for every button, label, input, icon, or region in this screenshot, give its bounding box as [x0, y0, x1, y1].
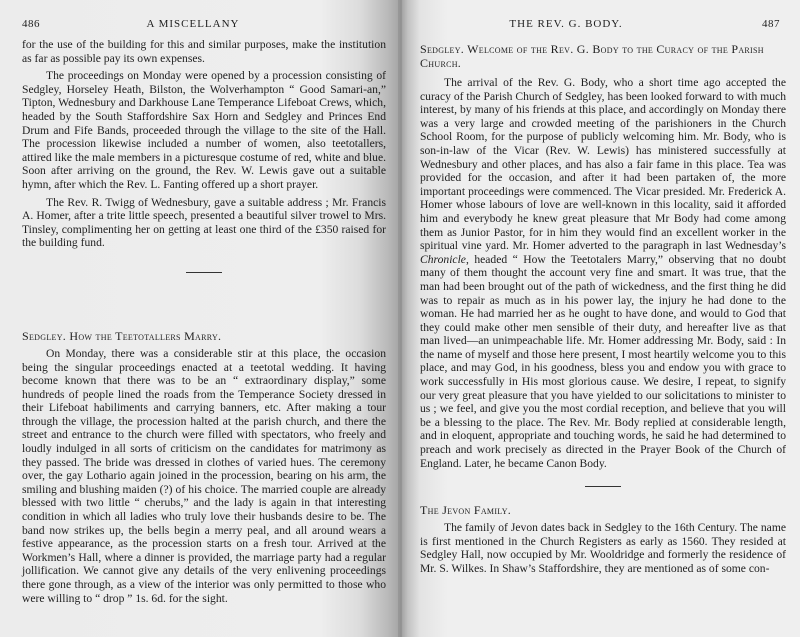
section-heading-welcome: Sedgley. Welcome of the Rev. G. Body to …	[420, 42, 786, 70]
left-running-title: A MISCELLANY	[40, 18, 386, 30]
welcome-text-part-1: The arrival of the Rev. G. Body, who a s…	[420, 76, 786, 252]
section-heading-jevon: The Jevon Family.	[420, 503, 786, 517]
jevon-paragraph: The family of Jevon dates back in Sedgle…	[420, 521, 786, 575]
right-running-head: THE REV. G. BODY. 487	[420, 18, 786, 34]
left-running-head: 486 A MISCELLANY	[22, 18, 386, 34]
address-paragraph: The Rev. R. Twigg of Wednesbury, gave a …	[22, 196, 386, 250]
section-divider	[585, 486, 621, 487]
welcome-text-part-2: , headed “ How the Teetotalers Marry,” o…	[420, 253, 786, 470]
continuation-paragraph: for the use of the building for this and…	[22, 38, 386, 65]
right-page-number: 487	[762, 18, 780, 30]
procession-paragraph: The proceedings on Monday were opened by…	[22, 69, 386, 191]
chronicle-title: Chronicle	[420, 253, 466, 266]
left-page: 486 A MISCELLANY for the use of the buil…	[0, 0, 400, 637]
left-page-number: 486	[22, 18, 40, 30]
book-spread: 486 A MISCELLANY for the use of the buil…	[0, 0, 800, 637]
right-running-title: THE REV. G. BODY.	[430, 18, 762, 30]
welcome-paragraph: The arrival of the Rev. G. Body, who a s…	[420, 76, 786, 470]
section-heading-teetotallers: Sedgley. How the Teetotallers Marry.	[22, 329, 386, 343]
right-page: THE REV. G. BODY. 487 Sedgley. Welcome o…	[400, 0, 800, 637]
teetotal-wedding-paragraph: On Monday, there was a considerable stir…	[22, 347, 386, 605]
book-gutter	[398, 0, 402, 637]
section-divider	[186, 272, 222, 273]
